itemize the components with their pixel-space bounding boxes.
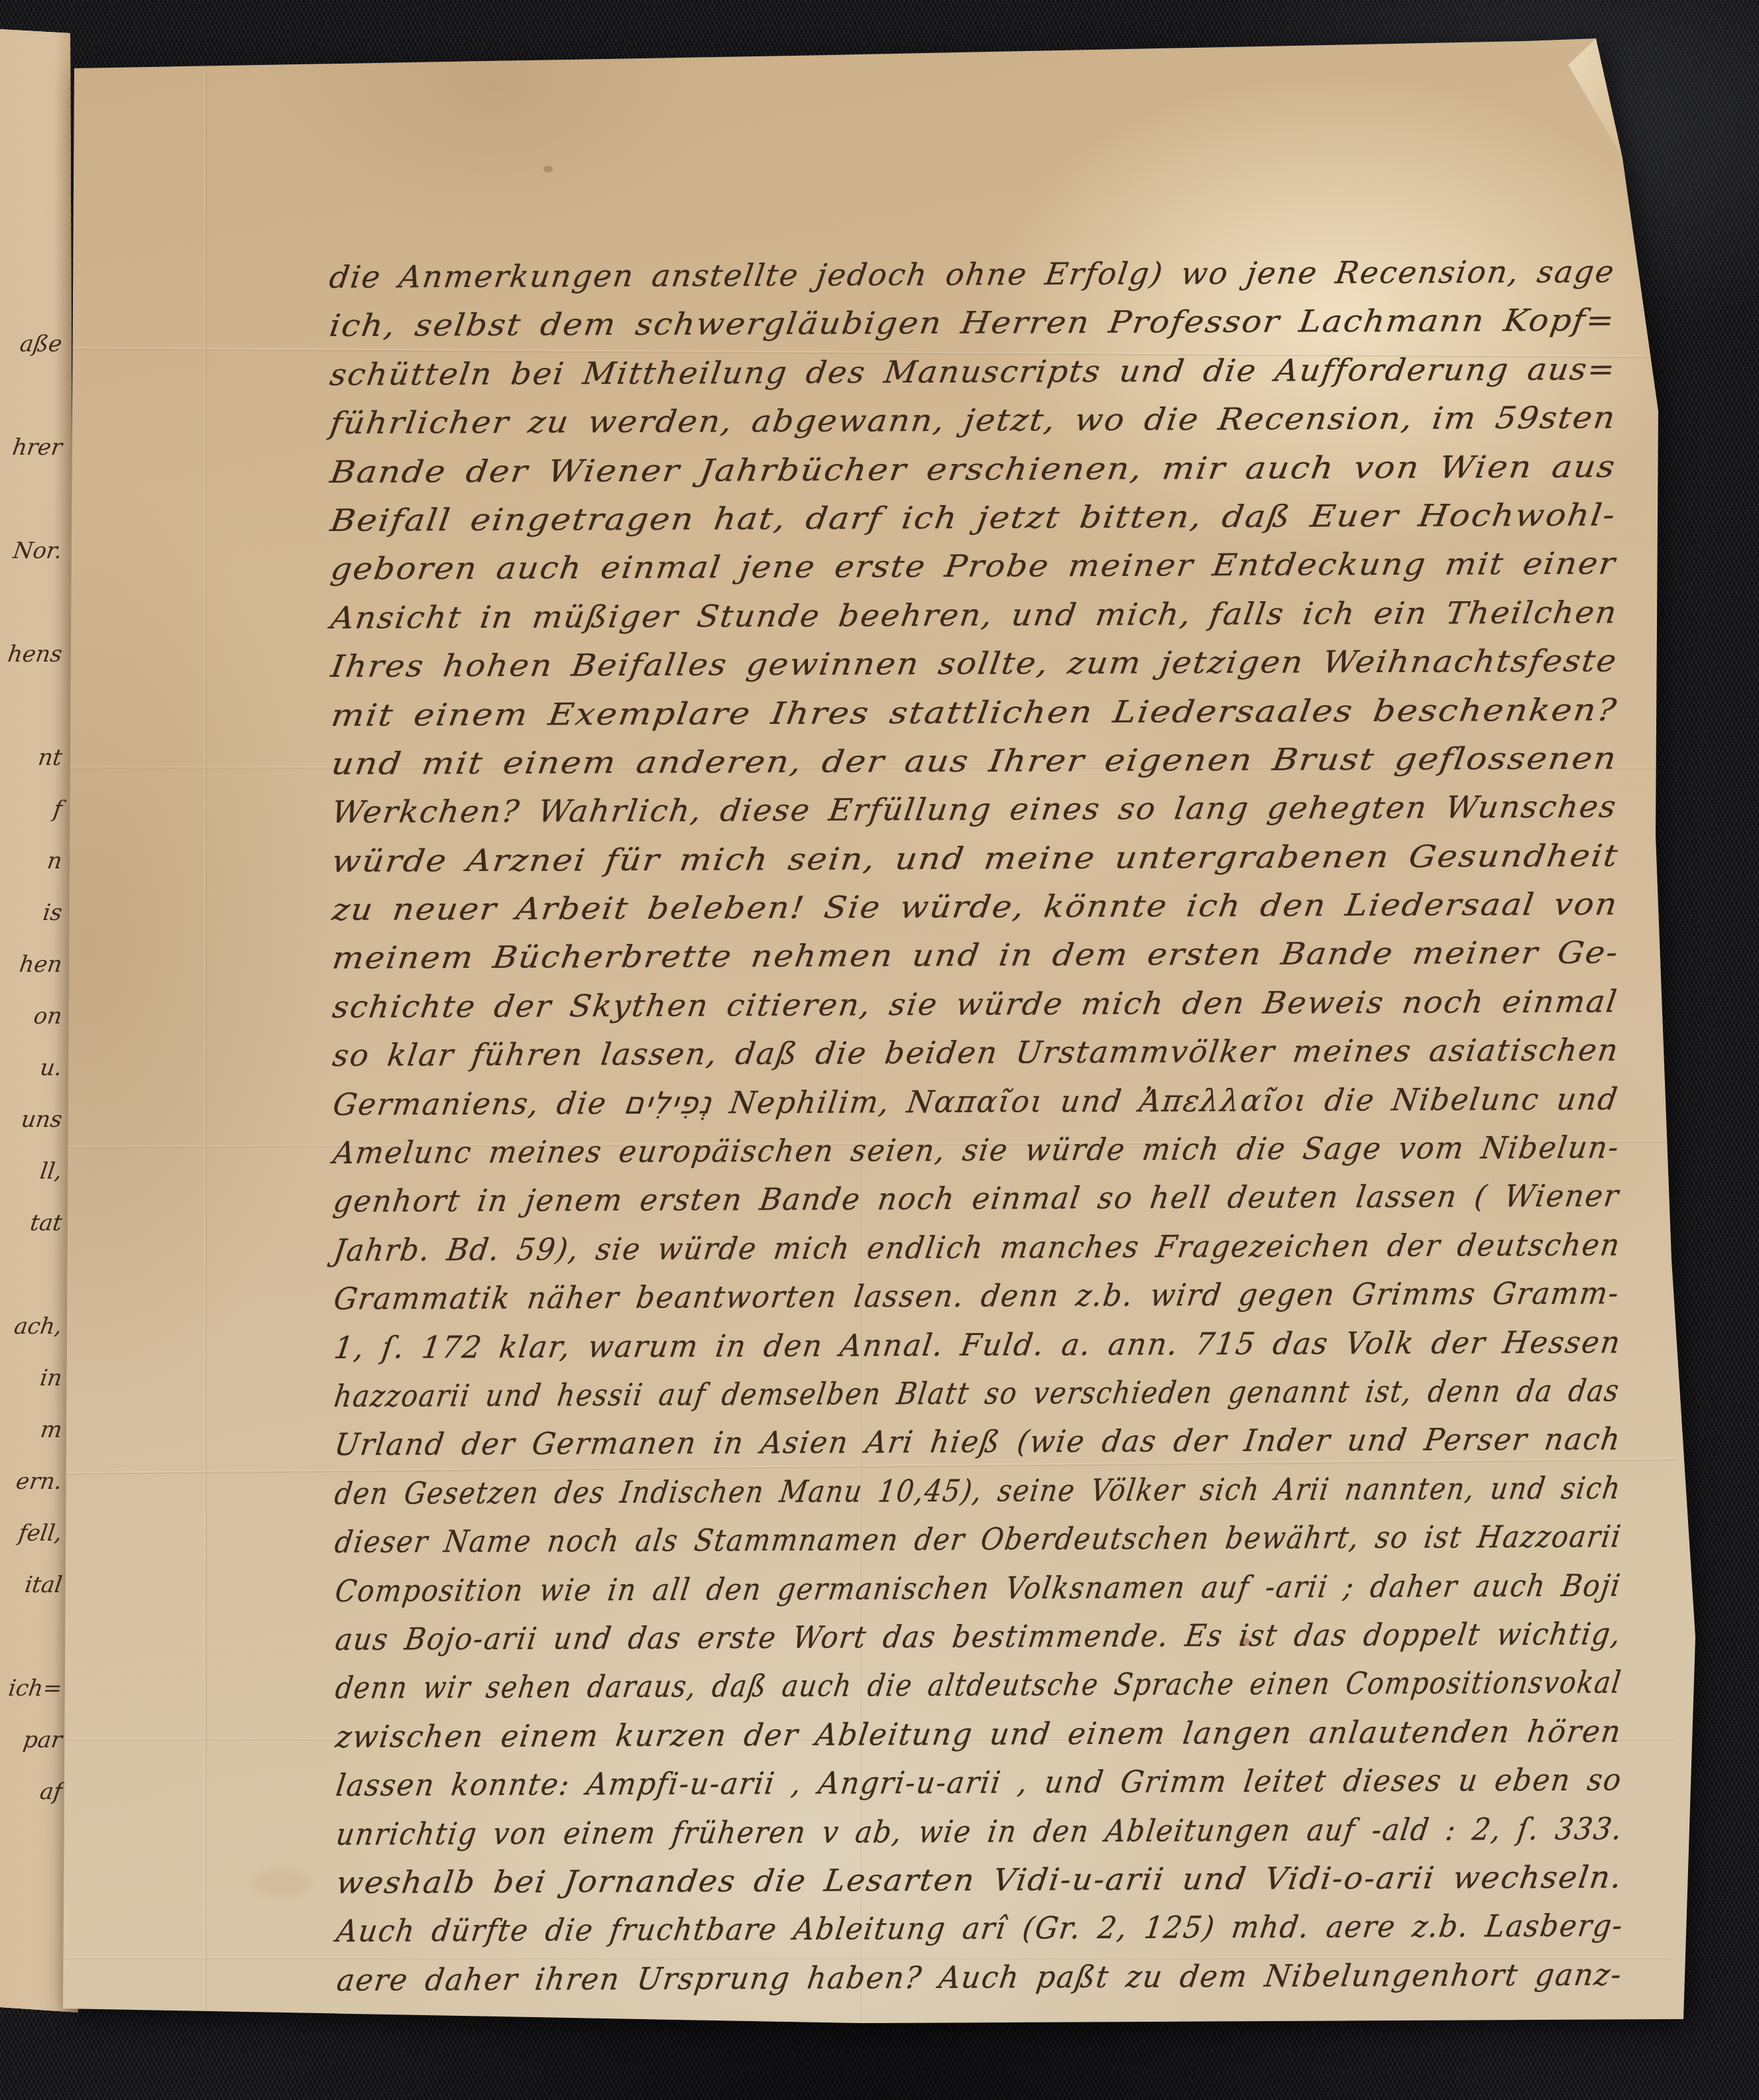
handwriting-line: unrichtig von einem früheren v ab, wie i…: [333, 1804, 1626, 1859]
handwriting-line: weshalb bei Jornandes die Lesarten Vidi-…: [333, 1853, 1627, 1907]
handwriting-line-text: genhort in jenem ersten Bande noch einma…: [330, 1172, 1622, 1226]
handwriting-line-text: aus Bojo-arii und das erste Wort das bes…: [332, 1609, 1624, 1664]
handwriting-line-text: Ihres hohen Beifalles gewinnen sollte, z…: [328, 637, 1620, 691]
handwriting-line-text: Werkchen? Wahrlich, diese Erfüllung eine…: [329, 783, 1620, 837]
handwriting-line: Grammatik näher beantworten lassen. denn…: [331, 1269, 1624, 1324]
handwriting-line-text: zwischen einem kurzen der Ableitung und …: [333, 1707, 1625, 1761]
handwriting-line: ich, selbst dem schwergläubigen Herren P…: [326, 296, 1620, 351]
handwriting-line-text: würde Arznei für mich sein, und meine un…: [329, 831, 1622, 886]
handwriting-line: und mit einem anderen, der aus Ihrer eig…: [328, 734, 1622, 788]
handwriting-line: Ihres hohen Beifalles gewinnen sollte, z…: [328, 637, 1622, 691]
handwriting-line: führlicher zu werden, abgewann, jetzt, w…: [327, 394, 1620, 448]
handwriting-line-text: Composition wie in all den germanischen …: [332, 1561, 1624, 1615]
handwriting-line: aere daher ihren Ursprung haben? Auch pa…: [333, 1950, 1627, 2005]
handwriting-line: Ansicht in müßiger Stunde beehren, und m…: [327, 588, 1621, 642]
handwriting-line-text: schütteln bei Mittheilung des Manuscript…: [327, 345, 1619, 399]
handwriting-line: mit einem Exemplare Ihres stattlichen Li…: [328, 685, 1622, 740]
handwriting-line-text: Bande der Wiener Jahrbücher erschienen, …: [327, 442, 1620, 496]
handwriting-line-text: schichte der Skythen citieren, sie würde…: [329, 977, 1621, 1031]
handwriting-line-text: 1, ſ. 172 klar, warum in den Annal. Fuld…: [331, 1318, 1624, 1372]
handwriting-line: die Anmerkungen anstellte jedoch ohne Er…: [326, 247, 1620, 302]
handwriting-line: Auch dürfte die fruchtbare Ableitung arî…: [333, 1902, 1627, 1956]
handwriting-line: Beifall eingetragen hat, darf ich jetzt …: [327, 491, 1621, 545]
handwriting-line: Jahrb. Bd. 59), sie würde mich endlich m…: [330, 1220, 1624, 1275]
handwriting-line-text: Grammatik näher beantworten lassen. denn…: [331, 1269, 1623, 1324]
handwriting-line-text: Amelunc meines europäischen seien, sie w…: [330, 1124, 1622, 1178]
handwriting-line-text: hazzoarii und hessii auf demselben Blatt…: [331, 1366, 1623, 1421]
handwriting-line: den Gesetzen des Indischen Manu 10,45), …: [331, 1464, 1625, 1518]
handwriting-line-text: Jahrb. Bd. 59), sie würde mich endlich m…: [331, 1220, 1624, 1275]
handwriting-line: Urland der Germanen in Asien Ari hieß (w…: [331, 1415, 1625, 1470]
handwriting-line: lassen konnte: Ampfi-u-arii , Angri-u-ar…: [333, 1756, 1626, 1810]
handwriting-line-text: aere daher ihren Ursprung haben? Auch pa…: [334, 1950, 1626, 2005]
handwriting-line-text: Beifall eingetragen hat, darf ich jetzt …: [327, 491, 1619, 545]
handwriting-line-text: Urland der Germanen in Asien Ari hieß (w…: [331, 1415, 1624, 1470]
handwriting-line-text: denn wir sehen daraus, daß auch die altd…: [333, 1659, 1625, 1713]
paper-stain: [252, 1869, 312, 1896]
handwriting-line: würde Arznei für mich sein, und meine un…: [329, 831, 1622, 886]
fold-crease-vertical: [204, 68, 207, 2011]
handwriting-line-text: Ansicht in müßiger Stunde beehren, und m…: [328, 588, 1621, 642]
handwriting-line-text: unrichtig von einem früheren v ab, wie i…: [333, 1804, 1626, 1859]
handwriting-line-text: die Anmerkungen anstellte jedoch ohne Er…: [326, 247, 1618, 302]
handwriting-line-text: lassen konnte: Ampfi-u-arii , Angri-u-ar…: [333, 1756, 1625, 1810]
handwriting-line-text: den Gesetzen des Indischen Manu 10,45), …: [331, 1464, 1624, 1518]
handwriting-line-text: Germaniens, die נְפִילִים Nephilim, Ναπα…: [330, 1075, 1622, 1129]
photo-background: aßehrerNor.hensntfnishenonu.unsll,tatach…: [0, 0, 1759, 2100]
handwriting-line: aus Bojo-arii und das erste Wort das bes…: [332, 1609, 1626, 1664]
handwriting-line: zu neuer Arbeit beleben! Sie würde, könn…: [329, 880, 1622, 935]
dog-ear-fold: [1561, 37, 1641, 170]
handwriting-line: Amelunc meines europäischen seien, sie w…: [330, 1124, 1624, 1178]
handwriting-line: Bande der Wiener Jahrbücher erschienen, …: [327, 442, 1620, 496]
handwriting-line: genhort in jenem ersten Bande noch einma…: [330, 1172, 1624, 1226]
handwriting-line: dieser Name noch als Stammnamen der Ober…: [331, 1513, 1625, 1567]
handwriting-line: hazzoarii und hessii auf demselben Blatt…: [331, 1366, 1624, 1421]
handwriting-line-text: und mit einem anderen, der aus Ihrer eig…: [329, 734, 1620, 788]
paper-stain: [543, 166, 553, 172]
handwriting-line: so klar führen lassen, daß die beiden Ur…: [329, 1026, 1623, 1080]
handwriting-line: meinem Bücherbrette nehmen und in dem er…: [329, 929, 1622, 983]
letter-sheet-wrap: die Anmerkungen anstellte jedoch ohne Er…: [0, 0, 1759, 2100]
handwriting-line-text: mit einem Exemplare Ihres stattlichen Li…: [328, 685, 1620, 740]
handwriting-line: Germaniens, die נְפִילִים Nephilim, Ναπα…: [329, 1075, 1623, 1129]
handwriting-line-text: Auch dürfte die fruchtbare Ableitung arî…: [333, 1902, 1626, 1956]
letter-sheet: die Anmerkungen anstellte jedoch ohne Er…: [0, 0, 1759, 2100]
handwriting-line: denn wir sehen daraus, daß auch die altd…: [332, 1659, 1626, 1713]
handwriting-line: geboren auch einmal jene erste Probe mei…: [327, 540, 1621, 594]
handwriting-line: Werkchen? Wahrlich, diese Erfüllung eine…: [329, 783, 1622, 837]
handwriting-line-text: ich, selbst dem schwergläubigen Herren P…: [327, 296, 1618, 351]
handwriting-line-text: geboren auch einmal jene erste Probe mei…: [327, 540, 1619, 594]
handwriting-line: schütteln bei Mittheilung des Manuscript…: [327, 345, 1620, 399]
handwriting-line-text: zu neuer Arbeit beleben! Sie würde, könn…: [329, 880, 1621, 935]
handwriting-line-text: führlicher zu werden, abgewann, jetzt, w…: [327, 394, 1619, 448]
handwriting-line: 1, ſ. 172 klar, warum in den Annal. Fuld…: [331, 1318, 1624, 1372]
handwriting-line: Composition wie in all den germanischen …: [332, 1561, 1626, 1615]
handwriting-line-text: so klar führen lassen, daß die beiden Ur…: [329, 1026, 1622, 1080]
handwriting-line-text: weshalb bei Jornandes die Lesarten Vidi-…: [333, 1853, 1626, 1907]
handwriting-line: zwischen einem kurzen der Ableitung und …: [333, 1707, 1626, 1761]
handwriting-line-text: dieser Name noch als Stammnamen der Ober…: [332, 1513, 1625, 1567]
handwriting-line-text: meinem Bücherbrette nehmen und in dem er…: [329, 929, 1622, 983]
handwriting-line: schichte der Skythen citieren, sie würde…: [329, 977, 1623, 1031]
handwriting-text-block: die Anmerkungen anstellte jedoch ohne Er…: [326, 247, 1628, 2005]
